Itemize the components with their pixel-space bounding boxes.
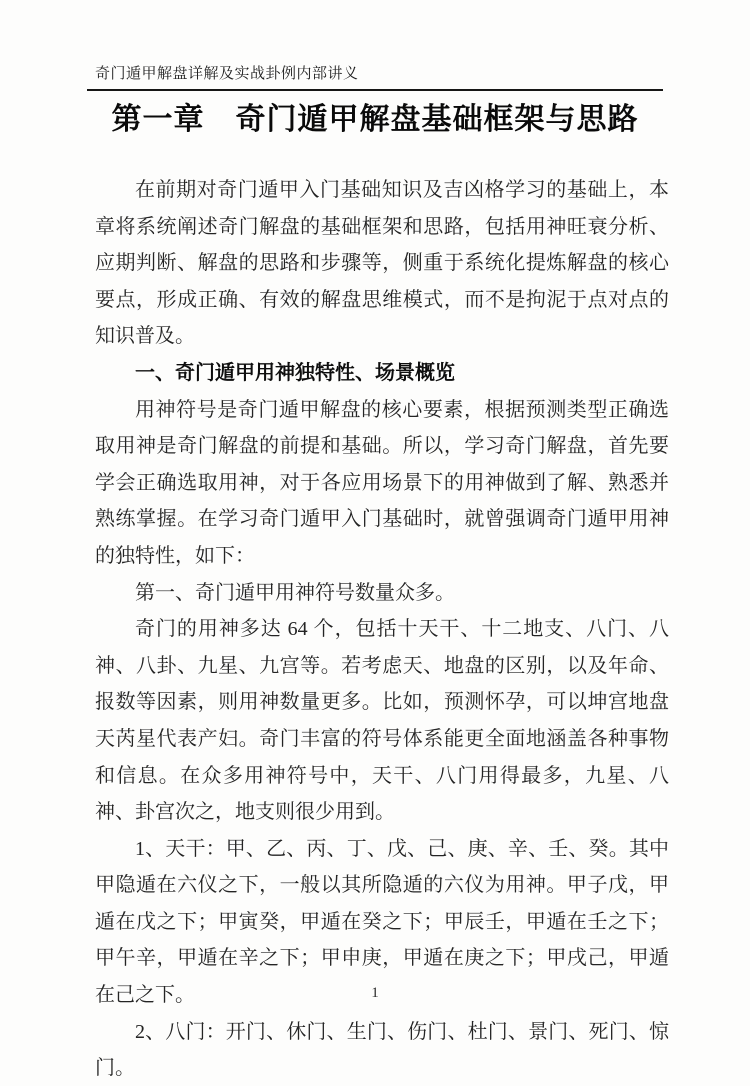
paragraph-bamen-list: 2、八门：开门、休门、生门、伤门、杜门、景门、死门、惊门。 (95, 1014, 669, 1086)
paragraph-intro: 在前期对奇门遁甲入门基础知识及吉凶格学习的基础上，本章将系统阐述奇门解盘的基础框… (95, 172, 669, 355)
document-page: 奇门遁甲解盘详解及实战卦例内部讲义 第一章 奇门遁甲解盘基础框架与思路 在前期对… (0, 0, 750, 1086)
chapter-title: 第一章 奇门遁甲解盘基础框架与思路 (0, 100, 750, 140)
header-rule (87, 89, 663, 91)
paragraph-yongshen-overview: 用神符号是奇门遁甲解盘的核心要素，根据预测类型正确选取用神是奇门解盘的前提和基础… (95, 392, 669, 575)
running-header: 奇门遁甲解盘详解及实战卦例内部讲义 (95, 62, 359, 83)
paragraph-symbol-count: 奇门的用神多达 64 个，包括十天干、十二地支、八门、八神、八卦、九星、九宫等。… (95, 611, 669, 831)
body-text-column: 在前期对奇门遁甲入门基础知识及吉凶格学习的基础上，本章将系统阐述奇门解盘的基础框… (95, 172, 669, 1086)
page-number: 1 (0, 984, 750, 1002)
section-heading-1: 一、奇门遁甲用神独特性、场景概览 (95, 355, 669, 392)
paragraph-first-point: 第一、奇门遁甲用神符号数量众多。 (95, 575, 669, 612)
